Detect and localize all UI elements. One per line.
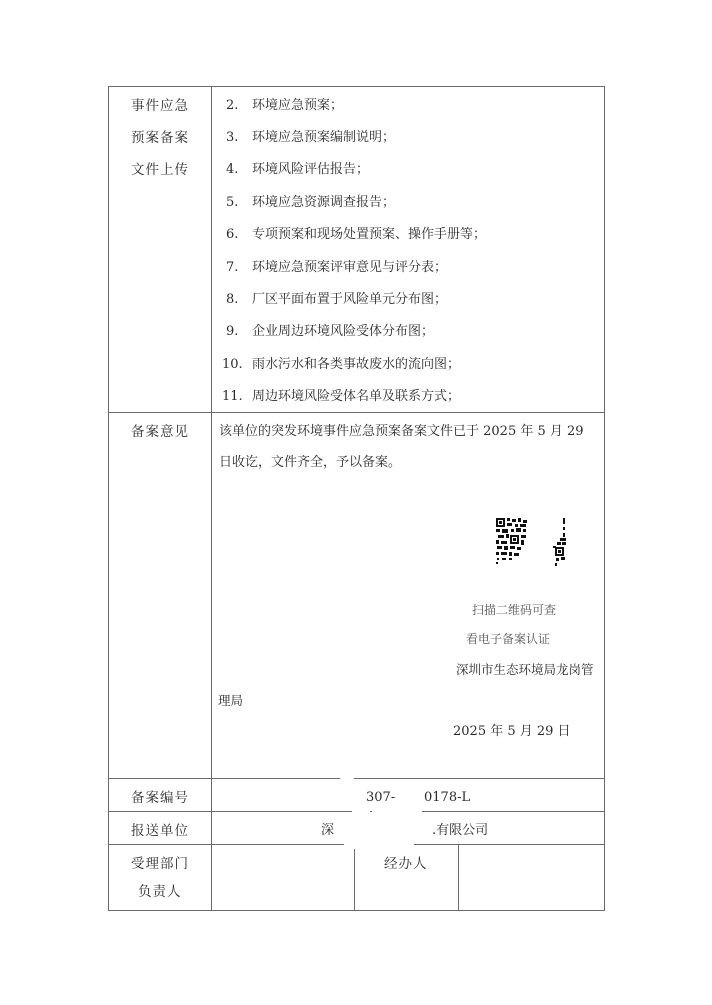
redaction-mask bbox=[340, 772, 354, 782]
list-item: 7.环境应急预案评审意见与评分表； bbox=[226, 260, 447, 276]
dept-handler-divider bbox=[354, 844, 355, 911]
table-border-bottom bbox=[108, 910, 605, 911]
list-item-text: 企业周边环境风险受体分布图； bbox=[252, 324, 434, 339]
record-no-label: 备案编号 bbox=[131, 790, 189, 806]
dept-head-label-line2: 负责人 bbox=[138, 884, 182, 900]
opinion-text-line2: 日收讫，文件齐全，予以备案。 bbox=[219, 455, 401, 471]
authority-name-line1: 深圳市生态环境局龙岗管 bbox=[456, 662, 594, 678]
record-no-value-part2: 0178-L bbox=[424, 790, 470, 806]
submitter-value-part2: .有限公司 bbox=[432, 823, 488, 839]
table-border-left bbox=[108, 86, 109, 911]
redaction-mask bbox=[352, 806, 370, 816]
list-item: 2.环境应急预案； bbox=[226, 98, 343, 114]
list-item-number: 8. bbox=[226, 292, 252, 308]
redaction-mask bbox=[372, 806, 422, 816]
submitter-label: 报送单位 bbox=[131, 823, 189, 839]
list-item-number: 10. bbox=[222, 357, 252, 373]
upload-label-line3: 文件上传 bbox=[131, 162, 189, 178]
list-item: 8.厂区平面布置于风险单元分布图； bbox=[226, 292, 447, 308]
dept-head-label-line1: 受理部门 bbox=[131, 856, 189, 872]
list-item-text: 周边环境风险受体名单及联系方式； bbox=[252, 389, 460, 404]
filing-document-page: 事件应急 预案备案 文件上传 2.环境应急预案； 3.环境应急预案编制说明； 4… bbox=[0, 0, 712, 1005]
list-item-text: 环境应急预案评审意见与评分表； bbox=[252, 260, 447, 275]
filing-date: 2025 年 5 月 29 日 bbox=[453, 724, 571, 740]
list-item: 3.环境应急预案编制说明； bbox=[226, 130, 395, 146]
opinion-label: 备案意见 bbox=[131, 424, 189, 440]
qr-caption-line1: 扫描二维码可查 bbox=[472, 602, 556, 618]
table-border-right bbox=[604, 86, 605, 911]
qr-caption-line2: 看电子备案认证 bbox=[466, 631, 550, 647]
upload-label-line1: 事件应急 bbox=[131, 98, 189, 114]
list-item-text: 环境应急预案； bbox=[252, 98, 343, 113]
qr-code-icon bbox=[496, 518, 528, 564]
qr-code-partial-icon bbox=[549, 518, 569, 568]
record-no-value-part1: 307- bbox=[366, 790, 395, 806]
list-item: 10.雨水污水和各类事故废水的流向图； bbox=[226, 357, 460, 373]
list-item: 4.环境风险评估报告； bbox=[226, 162, 369, 178]
handler-value-divider bbox=[458, 844, 459, 911]
submitter-value-part1: 深 bbox=[321, 823, 334, 839]
list-item-text: 厂区平面布置于风险单元分布图； bbox=[252, 292, 447, 307]
list-item-text: 环境应急预案编制说明； bbox=[252, 130, 395, 145]
list-item: 9.企业周边环境风险受体分布图； bbox=[226, 324, 434, 340]
list-item-text: 雨水污水和各类事故废水的流向图； bbox=[252, 357, 460, 372]
upload-label-line2: 预案备案 bbox=[131, 130, 189, 146]
list-item-number: 11. bbox=[222, 389, 252, 405]
label-column-divider bbox=[211, 86, 212, 911]
list-item-number: 4. bbox=[226, 162, 252, 178]
handler-label: 经办人 bbox=[384, 856, 428, 872]
list-item: 11.周边环境风险受体名单及联系方式； bbox=[226, 389, 460, 405]
row-divider-upload-opinion bbox=[108, 412, 605, 413]
list-item-text: 环境风险评估报告； bbox=[252, 162, 369, 177]
list-item-number: 7. bbox=[226, 260, 252, 276]
row-divider-opinion-record bbox=[108, 778, 605, 779]
redaction-mask bbox=[344, 839, 414, 849]
list-item-text: 环境应急资源调查报告； bbox=[252, 195, 395, 210]
list-item: 6.专项预案和现场处置预案、操作手册等； bbox=[226, 227, 486, 243]
opinion-text-line1: 该单位的突发环境事件应急预案备案文件已于 2025 年 5 月 29 bbox=[219, 424, 584, 440]
list-item-number: 5. bbox=[226, 195, 252, 211]
list-item-text: 专项预案和现场处置预案、操作手册等； bbox=[252, 227, 486, 242]
list-item-number: 2. bbox=[226, 98, 252, 114]
list-item-number: 6. bbox=[226, 227, 252, 243]
list-item-number: 3. bbox=[226, 130, 252, 146]
table-border-top bbox=[108, 86, 605, 87]
authority-name-line2: 理局 bbox=[218, 693, 243, 709]
list-item: 5.环境应急资源调查报告； bbox=[226, 195, 395, 211]
list-item-number: 9. bbox=[226, 324, 252, 340]
